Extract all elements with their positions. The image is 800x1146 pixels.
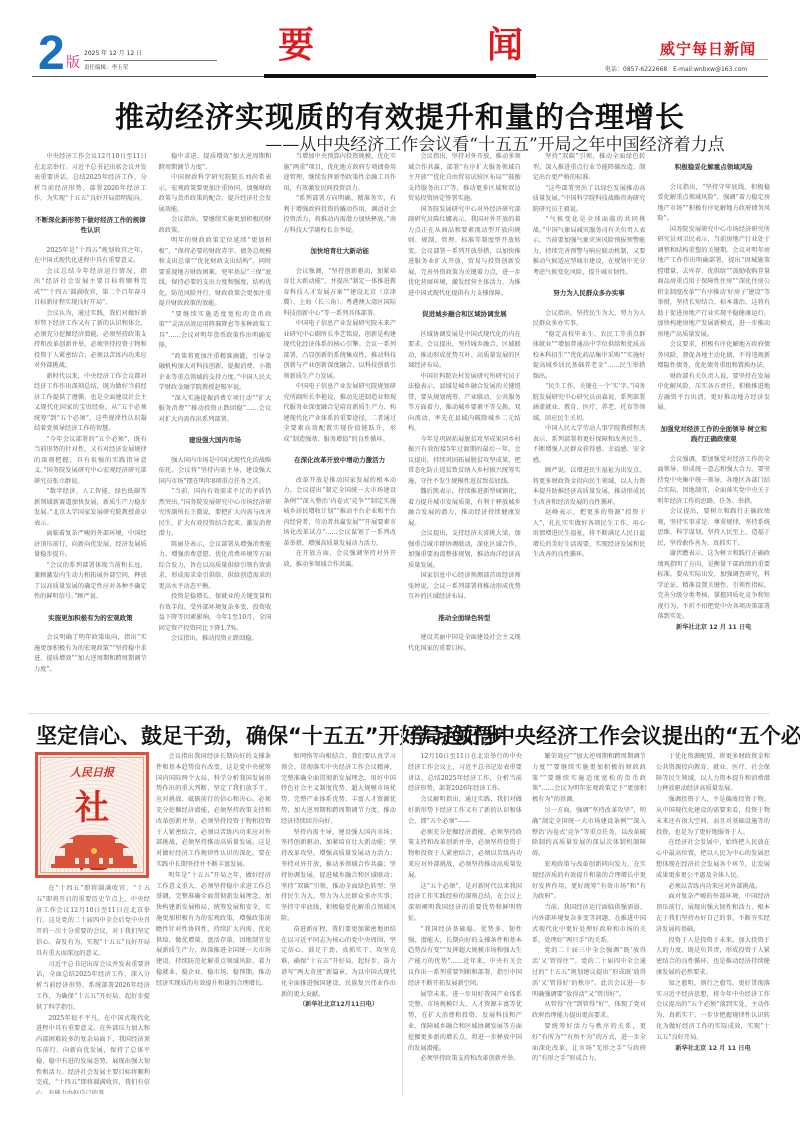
article-paragraph: 改革开放是推动国家发展的根本动力。会议提出“制定全国统一大市场建设条例”“深入整… [283, 476, 396, 550]
article-paragraph: 会议提出，支持经济大省挑大梁，加强重点城市群协调联动，深化区域合作，加强重要海湾… [408, 529, 521, 571]
section-subheading: 不断深化新形势下做好经济工作的规律性认识 [34, 215, 147, 236]
commentary-paragraph: 党的二十届三中全会强调“既‘放得活’又‘管得住’”。党的二十届四中全会通过的“十… [532, 946, 646, 1000]
commentary-paragraph: 宏观政策与改革创新同向发力，在实现经济质的有效提升和量的合理增长中更好发挥作用，… [532, 860, 646, 903]
date-divider [84, 60, 217, 61]
article-paragraph: 魏后凯表示，持续推进新型城镇化，着力提升城市发展质量，有利于释放城乡融合发展的潜… [408, 487, 521, 529]
article-paragraph: “深入实施提振消费专项行动”“扩大服务消费”“推动投资止跌回稳”……会议对扩大内… [159, 394, 272, 426]
contact-info: 电话：0857-6222668 E-mail:wnbxw@163.com [605, 64, 747, 73]
peoples-daily-logo: 人民日报 [41, 764, 143, 780]
article-paragraph: 会议指出，坚持民生为大，努力为人民群众多办实事。 [533, 309, 646, 330]
commentary-paragraph: 这“五个必须”，是对新时代以来我国经济工作实践经验的深刻总结，在会议上深刻阐明我… [408, 882, 522, 925]
article-paragraph: 会议要求，积极有序化解地方政府债务风险，督促各地主动化债，不得违规新增隐性债务，… [657, 340, 770, 372]
header-rule-center [264, 74, 536, 78]
article-paragraph: 建设美丽中国是全面建设社会主义现代化国家的重要目标。 [408, 633, 521, 654]
main-article-body: 中央经济工作会议12月10日至11日在北京举行。习近平总书记出席会议并发表重要讲… [34, 152, 770, 707]
editorial-paragraph: 在“十四五”即将圆满收官、“十五五”即将开启的重要历史节点上，中央经济工作会议1… [36, 884, 150, 960]
header-rule-right [536, 76, 768, 77]
editorial-badge: 人民日报 社论 [35, 752, 149, 878]
tiananmen-icon [51, 834, 137, 868]
editorial-paragraph: 和网络等向相结合。我们要认真学习领会、贯彻落实中央经济工作会议精神，完整准确全面… [281, 752, 396, 828]
article-paragraph: 明年的财政政策定位延续“更加积极”，“保持必要的财政赤字、债务总规模和支出总量”… [159, 236, 272, 310]
article-paragraph: 投资是稳增长、保就业的关键变量和有效手段。受外部环境复杂多变、投资收益下降等因素… [159, 592, 272, 634]
article-paragraph: 在开放方面，会议强调坚持对外开放，推动多领域合作共赢。 [283, 549, 396, 570]
commentary-column: 于优化资源配置，将更多财政资金和公共资源投向教育、就业、医疗、社会保障等民生领域… [656, 752, 770, 1092]
article-paragraph: 会议指出，要继续实施更加积极的财政政策。 [159, 215, 272, 236]
commentary-paragraph: 另一方面，强调“坚持改革攻坚”，明确“制定全国统一大市场建设条例”“深入整治‘内… [532, 806, 646, 860]
commentary-paragraph: 展望未来，进一步用好我国产业体系完整、市场规模巨大、人才资源丰富等优势，在扩大消… [408, 990, 522, 1055]
editorial-paragraph: 习近平总书记出席会议并发表重要讲话，全面总结2025年经济工作，深入分析当前经济… [36, 960, 150, 1014]
article-column: 积极稳妥化解重点领域风险会议指出，“坚持守牢底线，积极稳妥化解重点领域风险”，强… [657, 152, 770, 707]
editorial-paragraph: 2025年很不平凡。在中国式现代化进程中具有重要意义。在外部压力加大和内部困难较… [36, 1014, 150, 1094]
commentary-paragraph: 12月10日至11日在北京举行的中央经济工作会议上，习近平总书记发表重要讲话，总… [408, 752, 522, 795]
page-number: 2 [38, 30, 65, 78]
commentary-paragraph: 繁荣效应”“加大逆周期和跨周期调节力度”“要继续实施更加积极的财政政策”“要继续… [532, 752, 646, 806]
article-paragraph: 陈丽芬表示，会议部署从增强消费能力、增强消费意愿、优化消费环境等方面综合发力，旨… [159, 540, 272, 593]
section-subheading: 促进城乡融合和区域协调发展 [408, 309, 521, 320]
editorial-column: 会议指出我国经济长期向好的支撑条件和基本趋势没有改变，这是党中央统筹国内国际两个… [156, 752, 271, 1092]
article-paragraph: “要继续实施适度宽松的货币政策”“灵活高效运用降准降息等多种政策工具”……会议对… [159, 310, 272, 352]
article-paragraph: 今年是巩固拓展脱贫攻坚成果同乡村振兴有效衔接5年过渡期的最后一年。会议提出，持续… [408, 435, 521, 488]
article-paragraph: “政策将更加注重精准滴灌，引导金融机构加大对科技创新、提振消费、小微企业等重点领… [159, 352, 272, 394]
article-paragraph: 会议明确了明年政策取向，指出“实施更加积极有为的宏观政策”“坚持稳中求进、提质增… [34, 633, 147, 675]
article-paragraph: 面临着复杂严峻的外部环境，中国经济顶压前行，向新向优发展，经济发展质量稳步提升。 [34, 529, 147, 561]
article-paragraph: 新时代以来，中央经济工作会议都对经济工作作出深刻总结，既为做好当前经济工作提供了… [34, 372, 147, 435]
article-paragraph: “系列部署方向明确，精准务实，有利于增强政府投资的撬动作用，调动社会投资活力，将… [283, 194, 396, 236]
newspaper-name: 威宁每日新闻 [660, 38, 756, 59]
article-column: 当增加中央预算内投资规模，优化实施“两重”项目，优化地方政府专项债券用途管理，继… [283, 152, 396, 707]
article-paragraph: 赵峰表示，把更多的资源“投资于人”，扎扎实实做好各项民生工作，用心用情增进民生福… [533, 508, 646, 561]
article-column: 稳中求进，提质增效“加大逆周期和跨周期调节力度”。中国财政科学研究院院长刘尚希表… [159, 152, 272, 707]
section-subheading: 在深化改革开放中增动力激活力 [283, 455, 396, 466]
article-paragraph: “稳定高校毕业生、农民工等重点群体就业”“增加普通高中学位供给和优质高校本科招生… [533, 330, 646, 383]
article-paragraph: 坚持“双碳”引领，推动全面绿色转型。深入推进重点行业节能降碳改造，制定出台更严格… [533, 152, 646, 184]
masthead: 2 版 2025 年 12 月 12 日 责任编辑：李玉荣 要 闻 威宁每日新闻… [0, 0, 800, 78]
article-paragraph: 中国社科院农村发展研究所研究员于法稳表示，县域是城乡融合发展的关键纽带，要从规划… [408, 372, 521, 435]
page-suffix: 版 [66, 52, 80, 72]
article-paragraph: 会议总结今年经济运行情况，指出“经济社会发展主要目标将顺利完成”“‘十四五’圆满… [34, 267, 147, 309]
responsible-editor: 责任编辑：李玉荣 [84, 63, 128, 71]
article-paragraph: 国务院发展研究中心市场经济研究所研究员刘卫民表示，当前房地产行业处于调整和结构重… [657, 225, 770, 341]
article-paragraph: 区域协调发展是中国式现代化的内在要求。会议提出，坚持城乡融合、区域联动，推动形成… [408, 330, 521, 372]
article-paragraph: “会议的系列部署体现当前和长远，兼顾激发内生动力和拓展外部空间，释放了以高质量发… [34, 561, 147, 603]
article-paragraph: 会议强调，要加强党对经济工作的全面领导，形成统一意志和强大合力。要坚持党中央集中… [657, 455, 770, 508]
article-paragraph: 强大国内市场是中国式现代化的战略依托。会议将“坚持内需主导，建设强大国内市场”摆… [159, 456, 272, 488]
article-paragraph: “气候变化是全球面临的共同挑战。”中国气象局减灾服务司有关负责人表示，当前要加强… [533, 215, 646, 278]
article-paragraph: 会议指出，推动投资止跌回稳。 [159, 634, 272, 645]
section-title-char-2: 闻 [487, 28, 523, 64]
article-paragraph: 中国电子信息产业发展研究院未来产业研究中心副所长李艺铭说，创新是构建现代化经济体… [283, 319, 396, 382]
section-subheading: 努力为人民群众多办实事 [533, 288, 646, 299]
article-column: 中央经济工作会议12月10日至11日在北京举行。习近平总书记出席会议并发表重要讲… [34, 152, 147, 707]
article-paragraph: “民生工作，关键在一个‘实’字。”国务院发展研究中心研究员贡森说，系列部署涵盖就… [533, 382, 646, 424]
article-paragraph: 财政部有关负责人说，要坚持在发展中化解风险，压实各方责任，积极推进地方融资平台出… [657, 372, 770, 414]
article-paragraph: 会议指出，“坚持守牢底线，积极稳妥化解重点领域风险”，强调“着力稳定房地产市场”… [657, 183, 770, 225]
article-paragraph: 稳中求进，提质增效“加大逆周期和跨周期调节力度”。 [159, 152, 272, 173]
editorial-byline: （新华社北京12月11日电） [281, 1000, 396, 1011]
editorial-paragraph: 坚持内需主导，建设强大国内市场；坚持创新驱动，加紧培育壮大新动能；坚持改革攻坚，… [281, 828, 396, 925]
editorial-column: 和网络等向相结合。我们要认真学习领会、贯彻落实中央经济工作会议精神，完整准确全面… [281, 752, 396, 1092]
article-paragraph: 中国财政科学研究院院长刘尚希表示，宏观政策要更加注重协同，加强财政政策与货币政策… [159, 173, 272, 215]
issue-date: 2025 年 12 月 12 日 [84, 48, 142, 57]
commentary-paragraph: 要统筹好活力与秩序的关系，更好“有所为”“有所不为”的方式，进一步全面深化改革，… [532, 1022, 646, 1065]
section-subheading: 推动全面绿色转型 [408, 613, 521, 624]
column-divider [402, 725, 403, 1095]
section-divider [28, 713, 770, 714]
article-paragraph: 中国人民大学劳动人事学院教授程杰表示，系列部署将更好保障和改善民生，不断增强人民… [533, 424, 646, 466]
commentary-paragraph: 知之愈明，则行之愈笃。更好贯彻落实习近平经济思想，将今年中央经济工作会议提出的“… [656, 979, 770, 1044]
article-paragraph: 中国电子信息产业发展研究院规划研究所副所长李艳说，推动先进制造业和现代服务业深度… [283, 382, 396, 445]
commentary-byline: 新华社北京 12 月 11 日电 [656, 1044, 770, 1055]
article-paragraph: 国务院发展研究中心对外经济研究部副研究员陈红娜表示，我国对外开放的着力点正在从商… [408, 205, 521, 300]
commentary-column: 繁荣效应”“加大逆周期和跨周期调节力度”“要继续实施更加积极的财政政策”“要继续… [532, 752, 646, 1092]
article-paragraph: 会议强调，“坚持创新驱动，加紧培育壮大新动能”，并提出“制定一体推进教育科技人才… [283, 267, 396, 320]
editorial-intro: 在“十四五”即将圆满收官、“十五五”即将开启的重要历史节点上，中央经济工作会议1… [36, 884, 150, 1094]
commentary-paragraph: 在经济社会发展中，始终把人民放在心中最高位置，把以人民为中心的发展思想体现在经济… [656, 838, 770, 881]
commentary-paragraph: 必须以苦练内功来应对外部挑战。 [656, 882, 770, 893]
article-paragraph: 中央经济工作会议12月10日至11日在北京举行。习近平总书记出席会议并发表重要讲… [34, 152, 147, 205]
commentary-paragraph: 当前，我国经济运行面临供强需弱、内外部环境复杂多变等问题，在推进中国式现代化中更… [532, 903, 646, 946]
article-paragraph: 顾严说，以增进民生福祉为出发点，将更多财政资金投向民生领域，以人力资本提升助推经… [533, 466, 646, 508]
article-paragraph: 谢伏瞻表示，这为树立和践行正确政绩观指明了方向，是衡量干部政绩的重要标准。要从实… [657, 549, 770, 623]
commentary-headline: 学习领悟中央经济工作会议提出的“五个必须” [410, 720, 800, 750]
section-subheading: 加快培育壮大新动能 [283, 246, 396, 257]
section-subheading: 积极稳妥化解重点领域风险 [657, 162, 770, 173]
commentary-paragraph: 于优化资源配置，将更多财政资金和公共资源投向教育、就业、医疗、社会保障等民生领域… [656, 752, 770, 795]
article-paragraph: 国家信息中心经济预测部首席经济师张婷说，会议一系列部署将推动形成优势互补的区域经… [408, 571, 521, 603]
article-paragraph: 会议认为，通过实践，我们对做好新形势下经济工作又有了新的认识和体会，必须充分挖掘… [34, 309, 147, 372]
article-paragraph: 当增加中央预算内投资规模，优化实施“两重”项目，优化地方政府专项债券用途管理，继… [283, 152, 396, 194]
editorial-paragraph: 奋进新征程，我们要更加紧密地团结在以习近平同志为核心的党中央周围，坚定信心、鼓足… [281, 925, 396, 1001]
commentary-paragraph: 必须充分挖掘经济潜能，必须坚持政策支持和改革创新并举，必须坚持投资于物和投资于人… [408, 828, 522, 882]
section-title-char-1: 要 [278, 28, 314, 64]
article-column: 会议指出，坚持对外开放，推动多领域合作共赢，部署“有序扩大服务领域自主开放”“优… [408, 152, 521, 707]
commentary-paragraph: 必须坚持政策支持和改革创新并举。 [408, 1054, 522, 1065]
section-subheading: 加强党对经济工作的全面领导 树立和践行正确政绩观 [657, 424, 770, 445]
editorial-paragraph: 明年是“十五五”开局之年，做好经济工作意义重大。必须坚持稳中求进工作总基调，完整… [156, 871, 271, 990]
commentary-column: 12月10日至11日在北京举行的中央经济工作会议上，习近平总书记发表重要讲话，总… [408, 752, 522, 1092]
section-subheading: 实施更加积极有为的宏观政策 [34, 613, 147, 624]
article-paragraph: 会议提出，要树立和践行正确政绩观，坚持实事求是、尊重规律，坚持系统思维、科学谋划… [657, 507, 770, 549]
commentary-paragraph: 从管得“住”到管得“好”，体现了党对政府治理能力提出更高要求。 [532, 1000, 646, 1022]
article-paragraph: 2025年是“十四五”规划收官之年，在中国式现代化进程中具有重要意义。 [34, 246, 147, 267]
article-paragraph: “数字经济、人工智能、绿色低碳等新领域新赛道加快发展，新质生产力稳步发展。”北京… [34, 487, 147, 529]
section-subheading: 建设强大国内市场 [159, 435, 272, 446]
editorial-paragraph: 会议指出我国经济长期向好的支撑条件和基本趋势没有改变，这是党中央统筹国内国际两个… [156, 752, 271, 871]
article-column: 坚持“双碳”引领，推动全面绿色转型。深入推进重点行业节能降碳改造，制定出台更严格… [533, 152, 646, 707]
newspaper-name-underline [658, 59, 768, 60]
editorial-body: 会议指出我国经济长期向好的支撑条件和基本趋势没有改变，这是党中央统筹国内国际两个… [156, 752, 396, 1092]
commentary-paragraph: 面对复杂严峻的外部环境，中国经济顶压前行，展现出强大韧性和活力，根本在于我们坚持… [656, 892, 770, 935]
article-byline: 新华社北京 12 月 11 日电 [657, 623, 770, 634]
article-paragraph: “当前，国内有效需求不足的矛盾仍然突出。”国务院发展研究中心市场经济研究所副所长… [159, 487, 272, 540]
commentary-paragraph: 强调投资于人，不是偏废投资于物。从中国现代化建设的需要来看，投资于物未来还有很大… [656, 795, 770, 838]
article-paragraph: “今年会议部署的“五个必须”，既有当前形势的针对性，又有对经济发展规律的深刻把握… [34, 435, 147, 488]
article-paragraph: “这些部署突出了以绿色发展推动高质量发展。”中国科学院科技战略咨询研究院研究员王… [533, 184, 646, 216]
commentary-body: 12月10日至11日在北京举行的中央经济工作会议上，习近平总书记发表重要讲话，总… [408, 752, 770, 1092]
commentary-paragraph: “我国经济基础稳、优势多、韧性强、潜能大，长期向好的支撑条件和基本趋势没有变”“… [408, 925, 522, 990]
article-paragraph: 会议指出，坚持对外开放，推动多领域合作共赢，部署“有序扩大服务领域自主开放”“优… [408, 152, 521, 205]
header-rule-left [32, 76, 264, 77]
commentary-paragraph: 投资于人是投资于未来。加大投资于人的力度，既是负其责，形成投资于人紧密结合的良性… [656, 936, 770, 979]
commentary-paragraph: 会议解明指出，通过实践，我们对做好新形势下经济工作又有了新的认识和体会，即“五个… [408, 795, 522, 827]
